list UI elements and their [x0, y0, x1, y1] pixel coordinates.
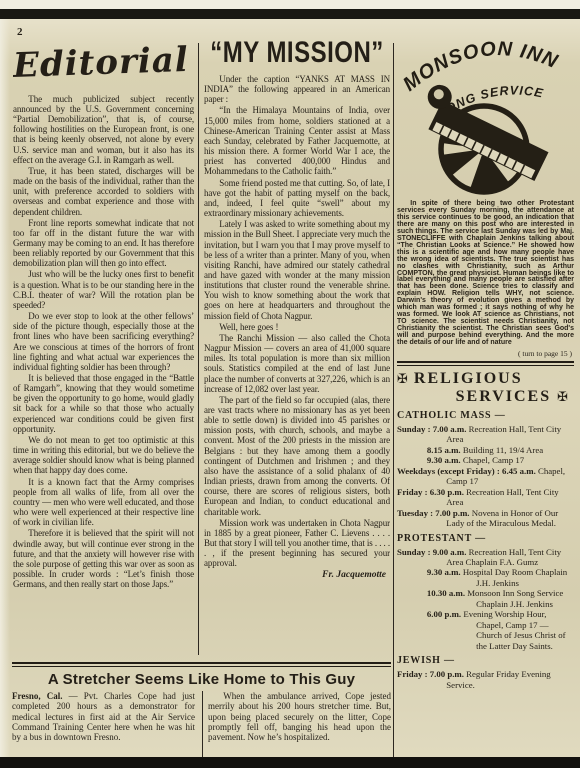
right-column: MONSOON INN SONG SERVICE	[397, 39, 574, 761]
my-mission-paragraph: Under the caption “YANKS AT MASS IN INDI…	[204, 74, 390, 104]
stretcher-article: A Stretcher Seems Like Home to This Guy …	[12, 660, 391, 768]
service-time: Friday : 6.30 p.m.	[397, 487, 464, 497]
editorial-paragraph: Therefore it is believed that the spirit…	[13, 528, 194, 589]
author-signature: Fr. Jacquemotte	[204, 570, 390, 581]
service-entry: 10.30 a.m. Monsoon Inn Song Service Chap…	[427, 588, 574, 609]
service-entry: 9.30 a.m. Chapel, Camp 17	[427, 455, 574, 465]
song-service-record-piano-icon: MONSOON INN SONG SERVICE	[398, 39, 574, 197]
editorial-body: The much publicized subject recently ann…	[13, 94, 194, 590]
my-mission-paragraph: The Ranchi Mission — also called the Cho…	[204, 333, 390, 394]
service-location: Building 11, 19/4 Area	[463, 445, 543, 455]
service-time: Sunday : 9.00 a.m.	[397, 547, 466, 557]
service-time: 10.30 a.m.	[427, 588, 465, 598]
service-time: 9.30 a.m.	[427, 455, 461, 465]
editorial-paragraph: Do we ever stop to look at the other fel…	[13, 311, 194, 372]
continuation-note: ( turn to page 15 )	[397, 349, 572, 358]
religious-heading-line1: RELIGIOUS	[414, 370, 523, 387]
service-time: Tuesday : 7.00 p.m.	[397, 508, 470, 518]
editorial-paragraph: True, it has been stated, discharges wil…	[13, 166, 194, 217]
jewish-heading: JEWISH —	[397, 655, 574, 667]
protestant-schedule: Sunday : 9.00 a.m. Recreation Hall, Tent…	[397, 547, 574, 652]
song-service-paragraph: In spite of there being two other Protes…	[397, 201, 574, 347]
service-time: Weekdays (except Friday) : 6.45 a.m.	[397, 466, 536, 476]
service-entry: 8.15 a.m. Building 11, 19/4 Area	[427, 445, 574, 455]
service-entry: Tuesday : 7.00 p.m. Novena in Honor of O…	[397, 508, 574, 529]
stretcher-text-right: When the ambulance arrived, Cope jested …	[208, 691, 391, 742]
service-location: Recreation Hall, Tent City Area	[446, 487, 558, 507]
bottom-border-rule	[0, 757, 580, 768]
jewish-schedule: Friday : 7.00 p.m. Regular Friday Evenin…	[397, 669, 574, 690]
stretcher-headline: A Stretcher Seems Like Home to This Guy	[12, 671, 391, 688]
my-mission-paragraph: “In the Himalaya Mountains of India, ove…	[204, 105, 390, 176]
service-entry: Friday : 6.30 p.m. Recreation Hall, Tent…	[397, 487, 574, 508]
my-mission-paragraph: Mission work was undertaken in Chota Nag…	[204, 518, 390, 569]
my-mission-body: Under the caption “YANKS AT MASS IN INDI…	[204, 74, 390, 569]
my-mission-paragraph: Well, here goes !	[204, 322, 390, 332]
stretcher-right-column: When the ambulance arrived, Cope jested …	[208, 691, 391, 763]
editorial-paragraph: Just who will be the lucky ones first to…	[13, 269, 194, 310]
monsoon-inn-logo: MONSOON INN SONG SERVICE	[398, 39, 574, 197]
religious-services-heading: ✠ RELIGIOUS SERVICES ✠	[397, 370, 574, 406]
column-divider-2	[393, 43, 394, 759]
cross-icon-right: ✠	[557, 390, 568, 405]
editorial-paragraph: Front line reports somewhat indicate tha…	[13, 218, 194, 269]
service-time: 6.00 p.m.	[427, 609, 461, 619]
editorial-title: Editorial	[13, 41, 185, 87]
editorial-paragraph: The much publicized subject recently ann…	[13, 94, 194, 165]
catholic-mass-heading: CATHOLIC MASS —	[397, 410, 574, 422]
column-divider-1	[198, 43, 199, 655]
service-location: Hospital Day Room Chaplain J.H. Jenkins	[463, 567, 567, 587]
service-location: Evening Worship Hour, Chapel, Camp 17 — …	[463, 609, 565, 650]
my-mission-paragraph: The part of the field so far occupied (a…	[204, 395, 390, 517]
religious-heading-line2: SERVICES	[456, 388, 551, 405]
my-mission-headline: “MY MISSION”	[204, 39, 390, 68]
dateline: Fresno, Cal.	[12, 691, 62, 701]
protestant-heading: PROTESTANT —	[397, 533, 574, 545]
cross-icon-left: ✠	[397, 372, 408, 387]
my-mission-paragraph: Some friend posted me that cutting. So, …	[204, 178, 390, 219]
service-location: Monsoon Inn Song Service Chaplain J.H. J…	[467, 588, 563, 608]
newsletter-page: 2 Editorial The much publicized subject …	[0, 0, 580, 768]
service-entry: Sunday : 9.00 a.m. Recreation Hall, Tent…	[397, 547, 574, 568]
editorial-paragraph: It is a known fact that the Army compris…	[13, 477, 194, 528]
my-mission-paragraph: Lately I was asked to write something ab…	[204, 219, 390, 321]
service-time: 8.15 a.m.	[427, 445, 461, 455]
song-service-article: In spite of there being two other Protes…	[397, 201, 574, 347]
service-location: Chapel, Camp 17	[463, 455, 524, 465]
editorial-paragraph: We do not mean to get too optimistic at …	[13, 435, 194, 476]
service-entry: 9.30 a.m. Hospital Day Room Chaplain J.H…	[427, 567, 574, 588]
my-mission-column: “MY MISSION” Under the caption “YANKS AT…	[204, 39, 390, 659]
page-number: 2	[17, 27, 23, 38]
editorial-column: Editorial The much publicized subject re…	[13, 41, 194, 659]
catholic-mass-schedule: Sunday : 7.00 a.m. Recreation Hall, Tent…	[397, 424, 574, 529]
service-time: Friday : 7.00 p.m.	[397, 669, 464, 679]
paper-surface: 2 Editorial The much publicized subject …	[0, 19, 580, 757]
stretcher-column-divider	[202, 691, 203, 763]
editorial-paragraph: It is believed that those engaged in the…	[13, 373, 194, 434]
service-time: Sunday : 7.00 a.m.	[397, 424, 466, 434]
service-entry: 6.00 p.m. Evening Worship Hour, Chapel, …	[427, 609, 574, 651]
stretcher-divider-rule	[12, 662, 391, 667]
stretcher-left-column: Fresno, Cal. — Pvt. Charles Cope had jus…	[12, 691, 195, 763]
service-entry: Sunday : 7.00 a.m. Recreation Hall, Tent…	[397, 424, 574, 445]
service-time: 9.30 a.m.	[427, 567, 461, 577]
top-border-rule	[0, 9, 580, 19]
service-entry: Weekdays (except Friday) : 6.45 a.m. Cha…	[397, 466, 574, 487]
section-divider-rule	[397, 361, 574, 366]
service-entry: Friday : 7.00 p.m. Regular Friday Evenin…	[397, 669, 574, 690]
